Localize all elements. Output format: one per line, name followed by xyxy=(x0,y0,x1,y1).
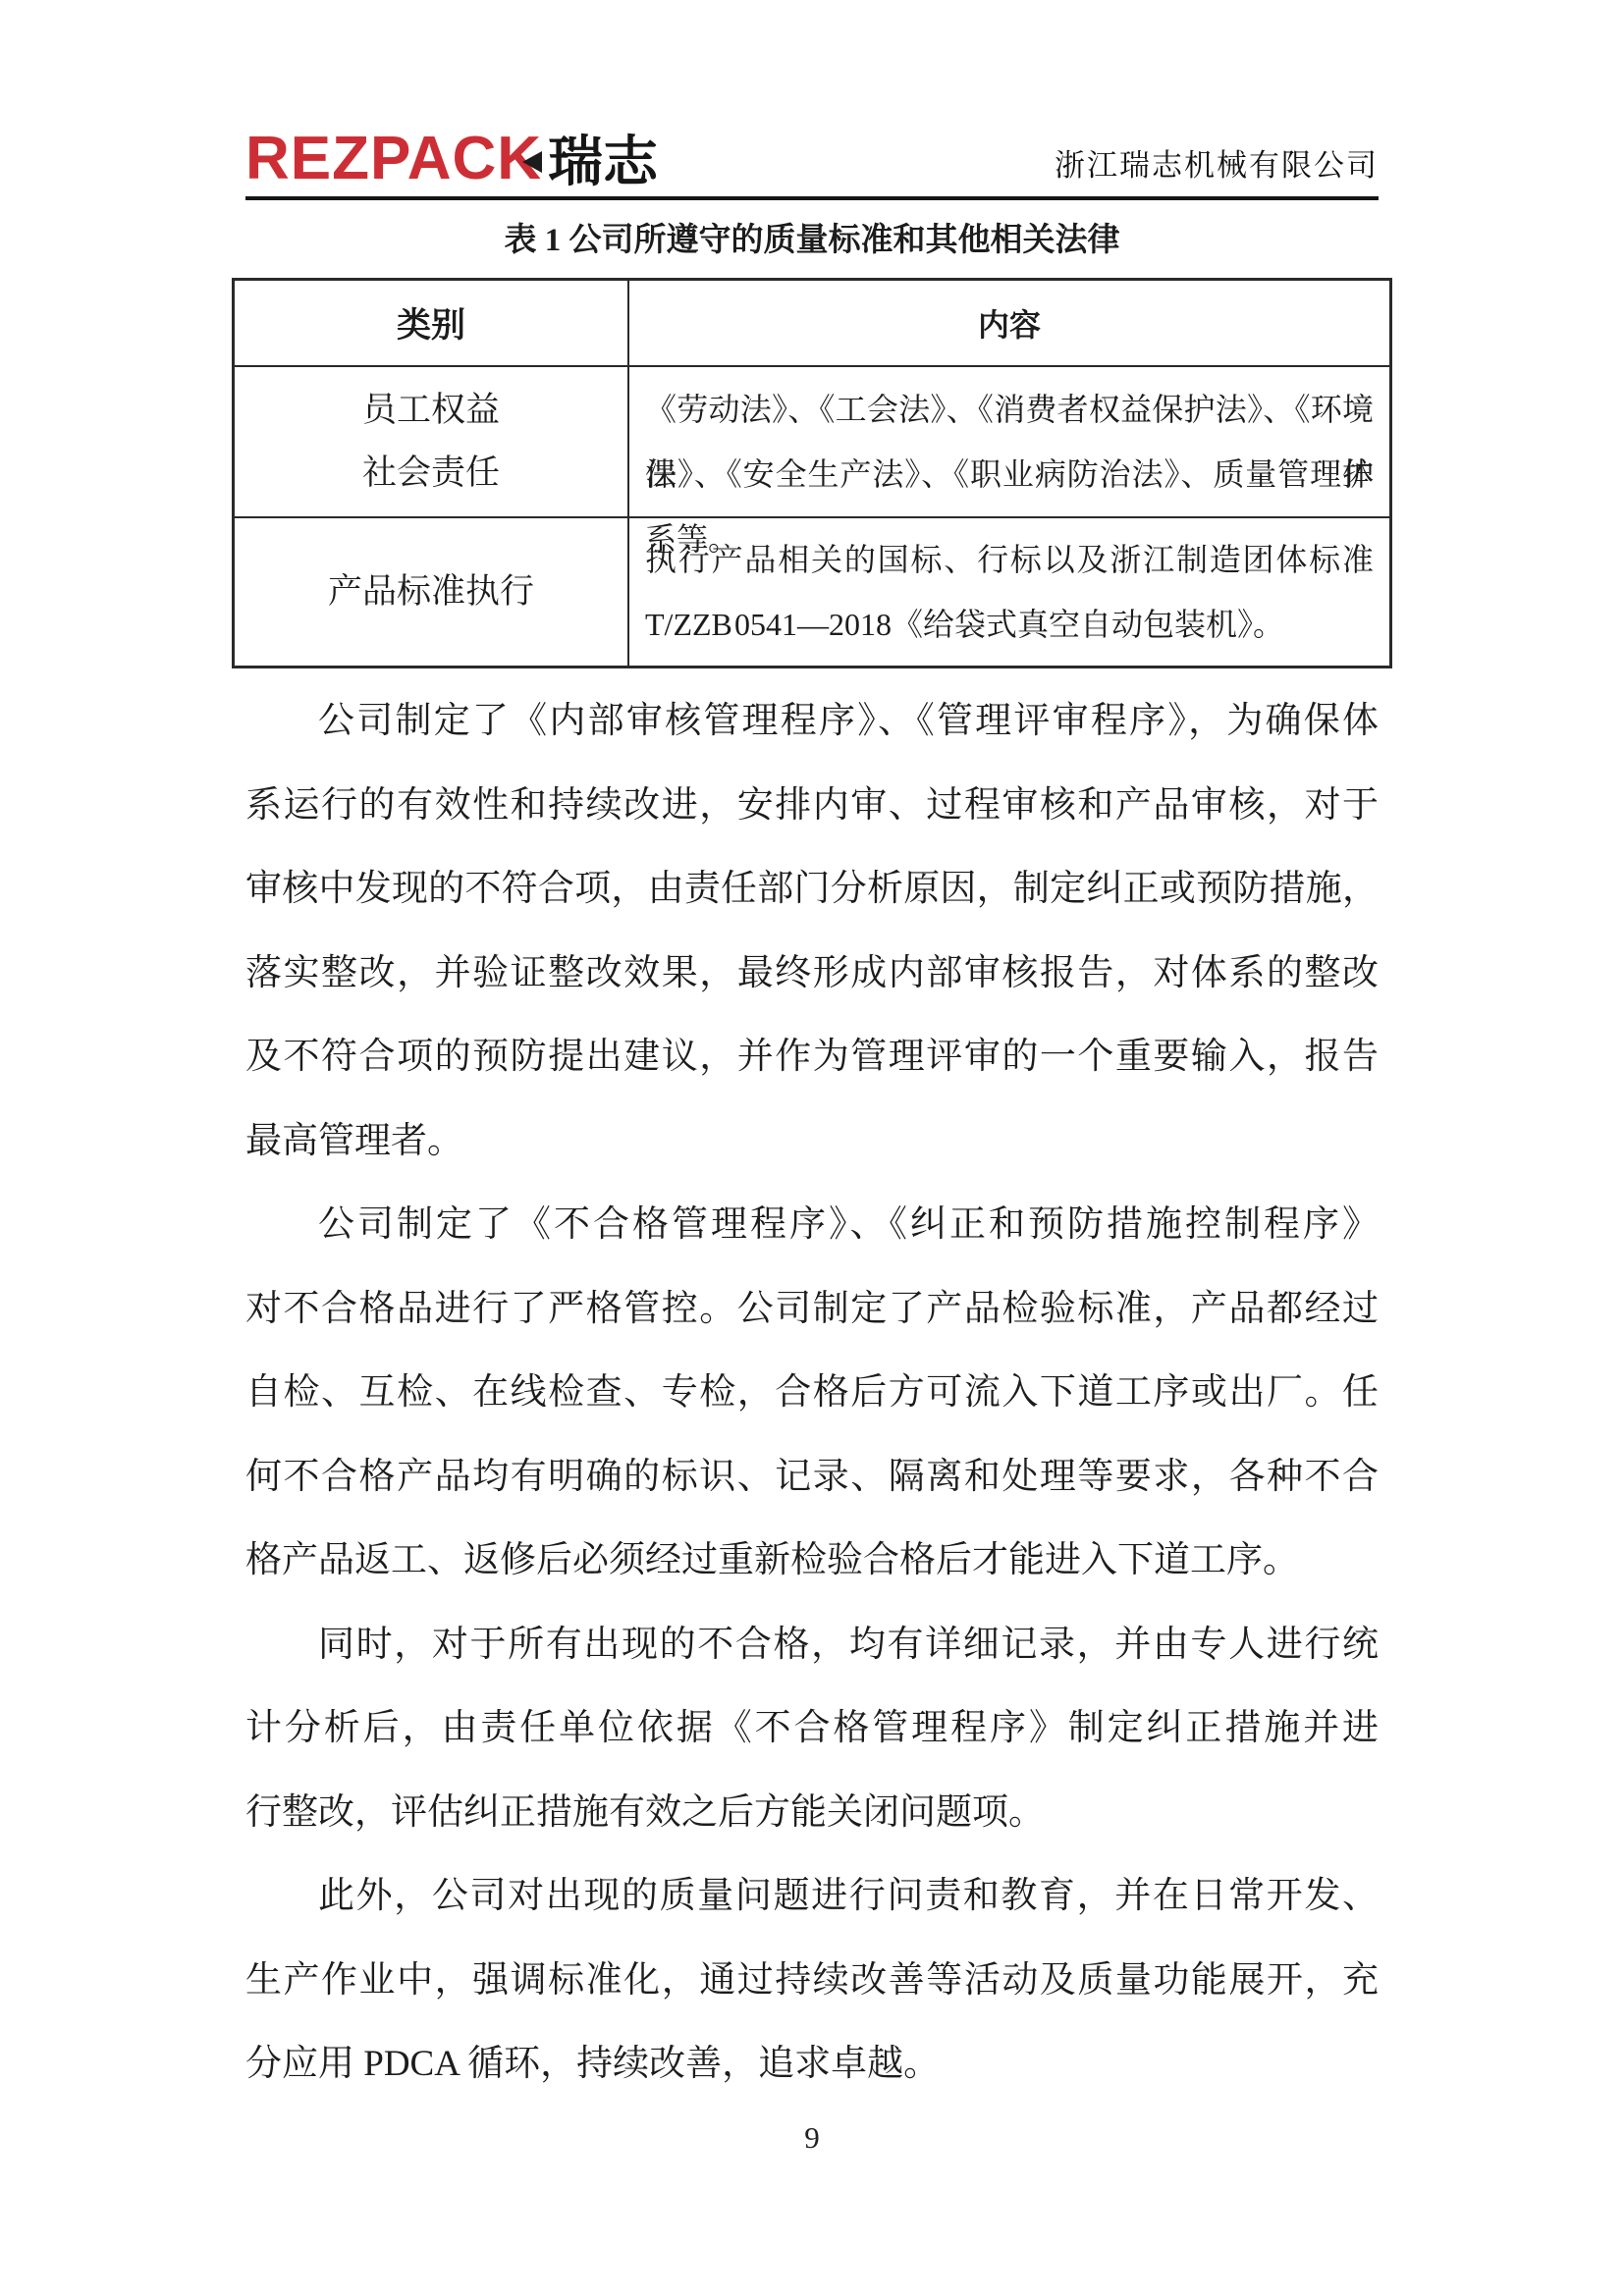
table-row: 产品标准执行 执行产品相关的国标、行标以及浙江制造团体标准 T/ZZB0541—… xyxy=(235,516,1389,666)
body-line: 格产品返工、返修后必须经过重新检验合格后才能进入下道工序。 xyxy=(245,1519,1379,1603)
body-line: 行整改，评估纠正措施有效之后方能关闭问题项。 xyxy=(245,1771,1379,1855)
content-cell: 《劳动法》、《工会法》、《消费者权益保护法》、《环境保护法》、《安全生产法》、《… xyxy=(629,367,1389,516)
category-line: 产品标准执行 xyxy=(328,561,534,623)
table-header-row: 类别 内容 xyxy=(235,281,1389,365)
content-cell: 执行产品相关的国标、行标以及浙江制造团体标准 T/ZZB0541—2018《给袋… xyxy=(629,518,1389,666)
logo-wordmark: REZPACK xyxy=(245,132,542,187)
body-line: 系运行的有效性和持续改进，安排内审、过程审核和产品审核，对于 xyxy=(245,764,1379,848)
column-header-content: 内容 xyxy=(629,281,1389,365)
company-name: 浙江瑞志机械有限公司 xyxy=(1055,140,1379,187)
page-header: REZPACK 瑞志 浙江瑞志机械有限公司 xyxy=(245,124,1379,200)
body-line: 计分析后，由责任单位依据《不合格管理程序》制定纠正措施并进 xyxy=(245,1686,1379,1771)
content-line: 0541—2018《给袋式真空自动包装机》。 xyxy=(645,592,1374,657)
column-header-category: 类别 xyxy=(235,281,629,365)
category-line: 员工权益 xyxy=(362,379,500,442)
body-line: 此外，公司对出现的质量问题进行问责和教育，并在日常开发、 xyxy=(245,1854,1379,1939)
table-caption: 表 1 公司所遵守的质量标准和其他相关法律 xyxy=(245,214,1379,260)
body-line: 分应用 PDCA 循环，持续改善，追求卓越。 xyxy=(245,2022,1379,2107)
category-cell: 产品标准执行 xyxy=(235,518,629,666)
body-text: 公司制定了《内部审核管理程序》、《管理评审程序》，为确保体系运行的有效性和持续改… xyxy=(245,679,1379,2107)
table-row: 员工权益 社会责任 《劳动法》、《工会法》、《消费者权益保护法》、《环境保护法》… xyxy=(235,365,1389,516)
body-line: 落实整改，并验证整改效果，最终形成内部审核报告，对体系的整改 xyxy=(245,932,1379,1016)
body-line: 审核中发现的不符合项，由责任部门分析原因，制定纠正或预防措施， xyxy=(245,847,1379,932)
content-line: 《劳动法》、《工会法》、《消费者权益保护法》、《环境保护 xyxy=(645,377,1374,442)
body-line: 及不符合项的预防提出建议，并作为管理评审的一个重要输入，报告 xyxy=(245,1015,1379,1099)
body-line: 最高管理者。 xyxy=(245,1099,1379,1184)
body-line: 公司制定了《内部审核管理程序》、《管理评审程序》，为确保体 xyxy=(245,679,1379,764)
category-cell: 员工权益 社会责任 xyxy=(235,367,629,516)
body-line: 自检、互检、在线检查、专检，合格后方可流入下道工序或出厂。任 xyxy=(245,1351,1379,1435)
logo-chinese-text: 瑞志 xyxy=(548,137,658,187)
quality-standards-table: 类别 内容 员工权益 社会责任 《劳动法》、《工会法》、《消费者权益保护法》、《… xyxy=(232,278,1392,668)
body-line: 同时，对于所有出现的不合格，均有详细记录，并由专人进行统 xyxy=(245,1603,1379,1687)
rezpack-logo: REZPACK 瑞志 xyxy=(245,132,658,187)
content-line: 法》、《安全生产法》、《职业病防治法》、质量管理体系等。 xyxy=(645,442,1374,507)
page-number: 9 xyxy=(0,2120,1624,2156)
category-line: 社会责任 xyxy=(362,442,500,505)
body-line: 何不合格产品均有明确的标识、记录、隔离和处理等要求，各种不合 xyxy=(245,1435,1379,1520)
document-page: REZPACK 瑞志 浙江瑞志机械有限公司 表 1 公司所遵守的质量标准和其他相… xyxy=(0,0,1624,2296)
body-line: 公司制定了《不合格管理程序》、《纠正和预防措施控制程序》 xyxy=(245,1183,1379,1267)
content-line: 执行产品相关的国标、行标以及浙江制造团体标准 T/ZZB xyxy=(645,527,1374,592)
body-line: 生产作业中，强调标准化，通过持续改善等活动及质量功能展开，充 xyxy=(245,1939,1379,2023)
logo-arrow-icon xyxy=(522,151,542,173)
body-line: 对不合格品进行了严格管控。公司制定了产品检验标准，产品都经过 xyxy=(245,1267,1379,1352)
